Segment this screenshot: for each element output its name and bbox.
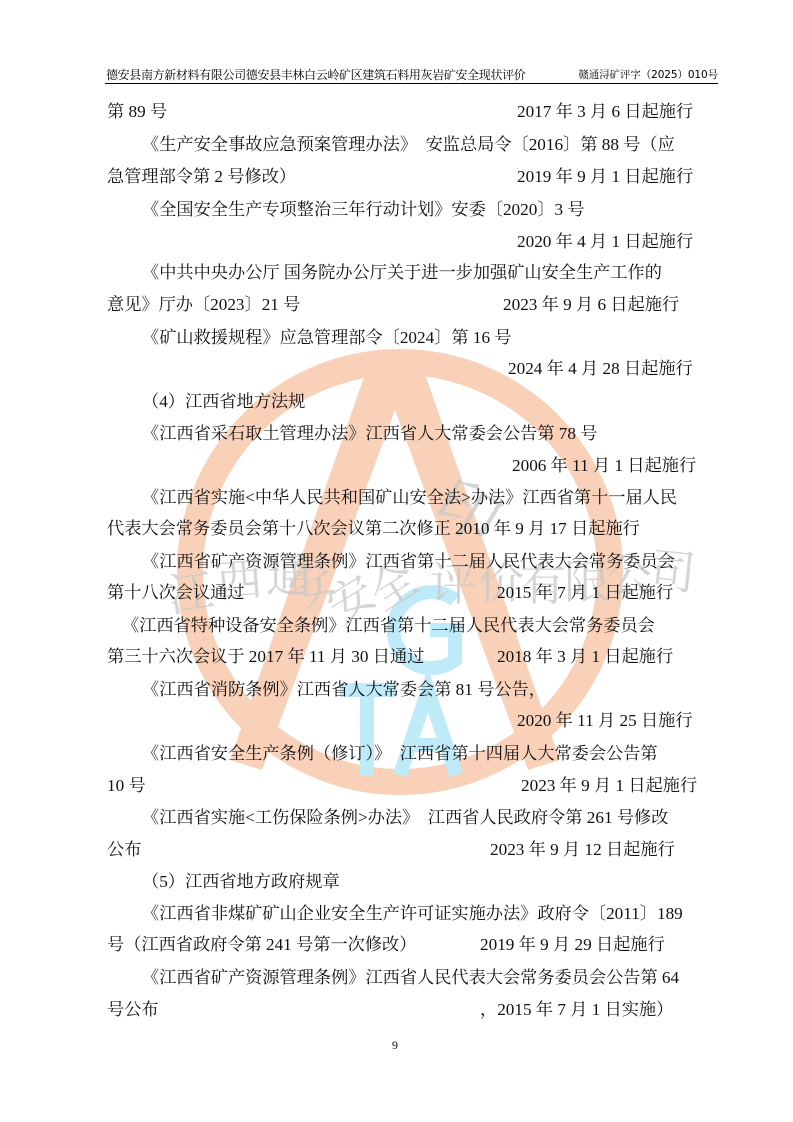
line-text: 第十八次会议通过: [107, 582, 245, 604]
text-line: 2020 年 11 月 25 日施行: [0, 710, 793, 732]
line-text: 第三十六次会议于 2017 年 11 月 30 日通过: [107, 646, 424, 668]
line-text: 2020 年 11 月 25 日施行: [517, 710, 693, 732]
line-text: 《江西省特种设备安全条例》江西省第十二届人民代表大会常务委员会: [122, 615, 655, 637]
text-line: 《江西省矿产资源管理条例》江西省第十二届人民代表大会常务委员会: [0, 551, 793, 573]
line-text: 《矿山救援规程》应急管理部令〔2024〕第 16 号: [142, 327, 512, 349]
line-text: 急管理部令第 2 号修改）: [107, 166, 296, 188]
effective-date: 2015 年 7 月 1 日起施行: [497, 582, 673, 604]
effective-date: 2023 年 9 月 6 日起施行: [503, 294, 679, 316]
text-line: 意见》厅办〔2023〕21 号2023 年 9 月 6 日起施行: [0, 294, 793, 316]
text-line: 《江西省安全生产条例（修订）》 江西省第十四届人大常委会公告第: [0, 743, 793, 765]
line-text: 公布: [107, 839, 141, 861]
text-line: 公布2023 年 9 月 12 日起施行: [0, 839, 793, 861]
text-line: 第十八次会议通过2015 年 7 月 1 日起施行: [0, 582, 793, 604]
text-line: （4）江西省地方法规: [0, 391, 793, 413]
seal-char: 印: [423, 465, 513, 559]
effective-date: 2023 年 9 月 1 日起施行: [521, 775, 697, 797]
text-line: 10 号2023 年 9 月 1 日起施行: [0, 775, 793, 797]
text-line: 号（江西省政府令第 241 号第一次修改）2019 年 9 月 29 日起施行: [0, 934, 793, 956]
line-text: 2006 年 11 月 1 日起施行: [512, 455, 696, 477]
text-line: 《江西省非煤矿矿山企业安全生产许可证实施办法》政府令〔2011〕189: [0, 903, 793, 925]
line-text: （5）江西省地方政府规章: [142, 871, 340, 893]
text-line: 2006 年 11 月 1 日起施行: [0, 455, 793, 477]
text-line: 《江西省消防条例》江西省人大常委会第 81 号公告，: [0, 679, 793, 701]
document-page: 德安县南方新材料有限公司德安县丰林白云岭矿区建筑石料用灰岩矿安全现状评价 赣通浔…: [0, 0, 793, 1122]
line-text: 《江西省消防条例》江西省人大常委会第 81 号公告，: [142, 679, 546, 701]
effective-date: 2017 年 3 月 6 日起施行: [517, 101, 693, 123]
effective-date: 2019 年 9 月 1 日起施行: [517, 166, 693, 188]
text-line: 《中共中央办公厅 国务院办公厅关于进一步加强矿山安全生产工作的: [0, 262, 793, 284]
text-line: 2020 年 4 月 1 日起施行: [0, 231, 793, 253]
line-text: 《江西省矿产资源管理条例》江西省第十二届人民代表大会常务委员会: [142, 551, 675, 573]
header-document-number: 赣通浔矿评字（2025）010号: [578, 67, 718, 82]
header-document-title: 德安县南方新材料有限公司德安县丰林白云岭矿区建筑石料用灰岩矿安全现状评价: [106, 66, 525, 83]
text-line: 《江西省实施<中华人民共和国矿山安全法>办法》江西省第十一届人民: [0, 487, 793, 509]
text-line: 《江西省实施<工伤保险条例>办法》 江西省人民政府令第 261 号修改: [0, 807, 793, 829]
line-text: 《江西省矿产资源管理条例》江西省人民代表大会常务委员会公告第 64: [142, 967, 679, 989]
line-text: 意见》厅办〔2023〕21 号: [107, 294, 300, 316]
line-text: 2024 年 4 月 28 日起施行: [508, 358, 693, 380]
text-line: 第 89 号2017 年 3 月 6 日起施行: [0, 101, 793, 123]
line-text: 号公布: [107, 999, 159, 1021]
line-text: 《江西省采石取土管理办法》江西省人大常委会公告第 78 号: [142, 423, 597, 445]
text-line: 《生产安全事故应急预案管理办法》 安监总局令〔2016〕第 88 号（应: [0, 134, 793, 156]
line-text: 第 89 号: [107, 101, 167, 123]
text-line: 代表大会常务委员会第十八次会议第二次修正 2010 年 9 月 17 日起施行: [0, 518, 793, 540]
line-text: 号（江西省政府令第 241 号第一次修改）: [107, 934, 416, 956]
effective-date: 2023 年 9 月 12 日起施行: [490, 839, 675, 861]
line-text: 《江西省实施<工伤保险条例>办法》 江西省人民政府令第 261 号修改: [142, 807, 668, 829]
text-line: 《江西省特种设备安全条例》江西省第十二届人民代表大会常务委员会: [0, 615, 793, 637]
text-line: 《全国安全生产专项整治三年行动计划》安委〔2020〕3 号: [0, 199, 793, 221]
text-line: 《江西省采石取土管理办法》江西省人大常委会公告第 78 号: [0, 423, 793, 445]
line-text: 《全国安全生产专项整治三年行动计划》安委〔2020〕3 号: [142, 199, 585, 221]
line-text: （4）江西省地方法规: [142, 391, 305, 413]
text-line: 第三十六次会议于 2017 年 11 月 30 日通过2018 年 3 月 1 …: [0, 646, 793, 668]
line-text: 《江西省实施<中华人民共和国矿山安全法>办法》江西省第十一届人民: [142, 487, 677, 509]
line-text: 《江西省安全生产条例（修订）》 江西省第十四届人大常委会公告第: [142, 743, 658, 765]
line-text: 2020 年 4 月 1 日起施行: [517, 231, 693, 253]
text-line: 号公布，2015 年 7 月 1 日实施）: [0, 999, 793, 1021]
effective-date: ，2015 年 7 月 1 日实施）: [480, 999, 673, 1021]
text-line: 急管理部令第 2 号修改）2019 年 9 月 1 日起施行: [0, 166, 793, 188]
line-text: 10 号: [107, 775, 146, 797]
line-text: 《生产安全事故应急预案管理办法》 安监总局令〔2016〕第 88 号（应: [142, 134, 675, 156]
text-line: 《矿山救援规程》应急管理部令〔2024〕第 16 号: [0, 327, 793, 349]
text-line: 《江西省矿产资源管理条例》江西省人民代表大会常务委员会公告第 64: [0, 967, 793, 989]
effective-date: 2018 年 3 月 1 日起施行: [497, 646, 673, 668]
effective-date: 2019 年 9 月 29 日起施行: [480, 934, 665, 956]
text-line: 2024 年 4 月 28 日起施行: [0, 358, 793, 380]
page-header: 德安县南方新材料有限公司德安县丰林白云岭矿区建筑石料用灰岩矿安全现状评价 赣通浔…: [105, 64, 718, 84]
line-text: 代表大会常务委员会第十八次会议第二次修正 2010 年 9 月 17 日起施行: [107, 518, 640, 540]
line-text: 《中共中央办公厅 国务院办公厅关于进一步加强矿山安全生产工作的: [142, 262, 662, 284]
page-number: 9: [392, 1038, 398, 1053]
line-text: 《江西省非煤矿矿山企业安全生产许可证实施办法》政府令〔2011〕189: [142, 903, 683, 925]
text-line: （5）江西省地方政府规章: [0, 871, 793, 893]
